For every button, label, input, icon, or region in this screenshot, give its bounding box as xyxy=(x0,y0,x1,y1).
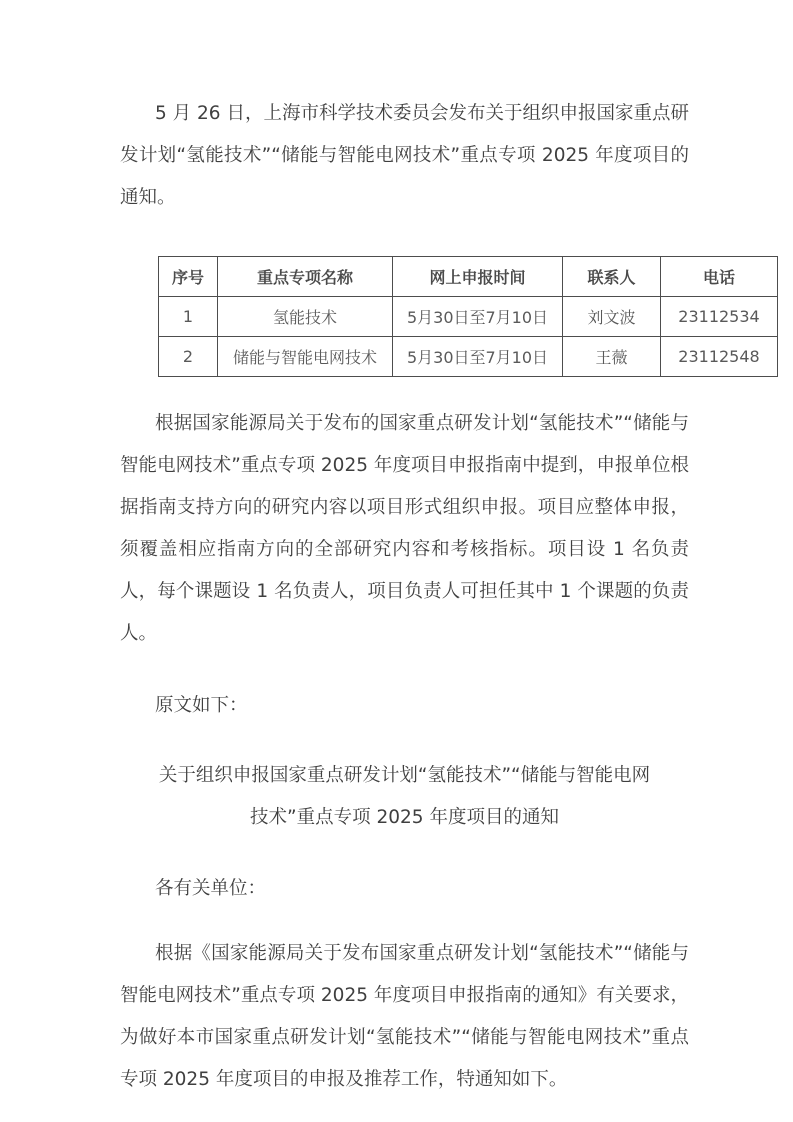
cell-apply-time: 5月30日至7月10日 xyxy=(393,337,563,377)
table-row: 2 储能与智能电网技术 5月30日至7月10日 王薇 23112548 xyxy=(159,337,778,377)
cell-index: 2 xyxy=(159,337,218,377)
original-text-label: 原文如下： xyxy=(120,685,689,727)
projects-table: 序号 重点专项名称 网上申报时间 联系人 电话 1 氢能技术 5月30日至7月1… xyxy=(158,256,778,377)
cell-apply-time: 5月30日至7月10日 xyxy=(393,297,563,337)
header-cell-phone: 电话 xyxy=(661,257,778,297)
header-cell-index: 序号 xyxy=(159,257,218,297)
header-cell-project-name: 重点专项名称 xyxy=(218,257,393,297)
cell-index: 1 xyxy=(159,297,218,337)
table-row: 1 氢能技术 5月30日至7月10日 刘文波 23112534 xyxy=(159,297,778,337)
cell-contact: 刘文波 xyxy=(563,297,661,337)
table-header-row: 序号 重点专项名称 网上申报时间 联系人 电话 xyxy=(159,257,778,297)
header-cell-apply-time: 网上申报时间 xyxy=(393,257,563,297)
salutation: 各有关单位： xyxy=(120,868,689,910)
notice-title: 关于组织申报国家重点研发计划“氢能技术”“储能与智能电网技术”重点专项 2025… xyxy=(120,755,689,839)
cell-contact: 王薇 xyxy=(563,337,661,377)
cell-project-name: 氢能技术 xyxy=(218,297,393,337)
cell-phone: 23112534 xyxy=(661,297,778,337)
closing-paragraph: 根据《国家能源局关于发布国家重点研发计划“氢能技术”“储能与智能电网技术”重点专… xyxy=(120,933,689,1101)
document-content: 5 月 26 日，上海市科学技术委员会发布关于组织申报国家重点研发计划“氢能技术… xyxy=(0,0,793,1101)
cell-phone: 23112548 xyxy=(661,337,778,377)
intro-paragraph: 5 月 26 日，上海市科学技术委员会发布关于组织申报国家重点研发计划“氢能技术… xyxy=(120,93,689,219)
body-paragraph: 根据国家能源局关于发布的国家重点研发计划“氢能技术”“储能与智能电网技术”重点专… xyxy=(120,403,689,655)
cell-project-name: 储能与智能电网技术 xyxy=(218,337,393,377)
document-page: 5 月 26 日，上海市科学技术委员会发布关于组织申报国家重点研发计划“氢能技术… xyxy=(0,0,793,1122)
header-cell-contact: 联系人 xyxy=(563,257,661,297)
projects-table-wrapper: 序号 重点专项名称 网上申报时间 联系人 电话 1 氢能技术 5月30日至7月1… xyxy=(158,256,689,377)
